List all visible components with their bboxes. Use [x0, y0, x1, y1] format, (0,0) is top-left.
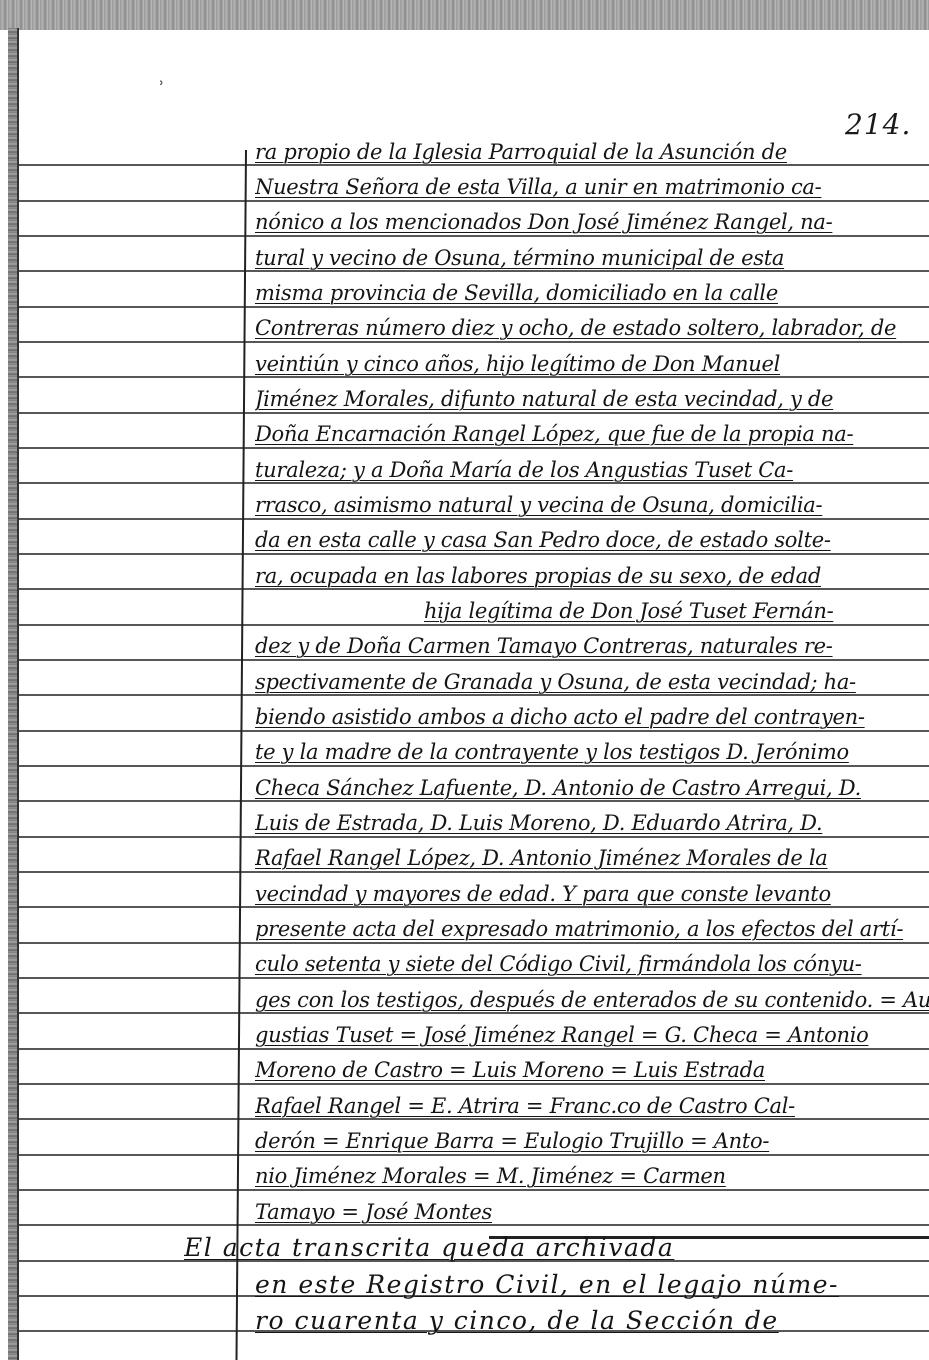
text-line: Doña Encarnación Rangel López, que fue d…: [255, 422, 929, 446]
ruled-line: [19, 694, 929, 696]
ruled-line: [19, 1189, 929, 1191]
ruled-line: [19, 659, 929, 661]
text-line: culo setenta y siete del Código Civil, f…: [255, 952, 929, 976]
ruled-line: [19, 906, 929, 908]
text-line: hija legítima de Don José Tuset Fernán-: [424, 599, 929, 623]
ruled-line: [19, 942, 929, 944]
ruled-line: [19, 518, 929, 520]
text-line: Rafael Rangel = E. Atrira = Franc.co de …: [255, 1094, 929, 1118]
page-number: 214.: [845, 108, 911, 141]
ruled-line: [19, 871, 929, 873]
text-line: Checa Sánchez Lafuente, D. Antonio de Ca…: [255, 776, 929, 800]
ruled-line: [19, 553, 929, 555]
text-line: Jiménez Morales, difunto natural de esta…: [255, 387, 929, 411]
ruled-line: [19, 1154, 929, 1156]
ruled-line: [19, 1224, 929, 1226]
ruled-line: [19, 1048, 929, 1050]
text-line: derón = Enrique Barra = Eulogio Trujillo…: [255, 1129, 929, 1153]
ruled-line: [19, 482, 929, 484]
ruled-line: [19, 376, 929, 378]
closing-note-line: El acta transcrita queda archivada: [184, 1233, 929, 1262]
ruled-line: [19, 1083, 929, 1085]
text-line: te y la madre de la contrayente y los te…: [255, 740, 929, 764]
text-line: nónico a los mencionados Don José Jiméne…: [255, 210, 929, 234]
text-line: presente acta del expresado matrimonio, …: [255, 917, 929, 941]
text-line: Contreras número diez y ocho, de estado …: [255, 316, 929, 340]
text-line: da en esta calle y casa San Pedro doce, …: [255, 528, 929, 552]
text-line: Moreno de Castro = Luis Moreno = Luis Es…: [255, 1058, 929, 1082]
ruled-line: [19, 977, 929, 979]
ruled-line: [19, 447, 929, 449]
ruled-line: [19, 1118, 929, 1120]
closing-note-line: en este Registro Civil, en el legajo núm…: [255, 1270, 929, 1299]
scan-border-top: [0, 0, 929, 30]
text-line: spectivamente de Granada y Osuna, de est…: [255, 670, 929, 694]
ruled-line: [19, 412, 929, 414]
ruled-line: [19, 800, 929, 802]
ruled-line: [19, 588, 929, 590]
ruled-line: [19, 624, 929, 626]
text-line: Rafael Rangel López, D. Antonio Jiménez …: [255, 846, 929, 870]
ruled-line: [19, 164, 929, 166]
ruled-line: [19, 765, 929, 767]
text-line: rrasco, asimismo natural y vecina de Osu…: [255, 493, 929, 517]
text-line: tural y vecino de Osuna, término municip…: [255, 246, 929, 270]
ruled-line: [19, 306, 929, 308]
text-line: ra, ocupada en las labores propias de su…: [255, 564, 929, 588]
text-line: Luis de Estrada, D. Luis Moreno, D. Edua…: [255, 811, 929, 835]
text-line: Tamayo = José Montes: [255, 1200, 929, 1224]
text-line: nio Jiménez Morales = M. Jiménez = Carme…: [255, 1164, 929, 1188]
text-line: vecindad y mayores de edad. Y para que c…: [255, 882, 929, 906]
text-line: Nuestra Señora de esta Villa, a unir en …: [255, 175, 929, 199]
text-line: turaleza; y a Doña María de los Angustia…: [255, 458, 929, 482]
ruled-line: [19, 730, 929, 732]
ruled-line: [19, 1012, 929, 1014]
closing-note-line: ro cuarenta y cinco, de la Sección de: [255, 1306, 929, 1335]
text-line: veintiún y cinco años, hijo legítimo de …: [255, 352, 929, 376]
text-line: gustias Tuset = José Jiménez Rangel = G.…: [255, 1023, 929, 1047]
text-line: misma provincia de Sevilla, domiciliado …: [255, 281, 929, 305]
ruled-line: [19, 341, 929, 343]
ruled-line: [19, 200, 929, 202]
text-line: dez y de Doña Carmen Tamayo Contreras, n…: [255, 634, 929, 658]
margin-line: [235, 150, 247, 1360]
ruled-line: [19, 235, 929, 237]
ruled-line: [19, 836, 929, 838]
stray-ink-mark: ʾ: [159, 78, 165, 99]
text-line: biendo asistido ambos a dicho acto el pa…: [255, 705, 929, 729]
ruled-line: [19, 270, 929, 272]
text-line: ges con los testigos, después de enterad…: [255, 988, 929, 1012]
text-line: ra propio de la Iglesia Parroquial de la…: [255, 140, 929, 164]
ledger-page: ʾ 214. ra propio de la Iglesia Parroquia…: [19, 30, 929, 1360]
